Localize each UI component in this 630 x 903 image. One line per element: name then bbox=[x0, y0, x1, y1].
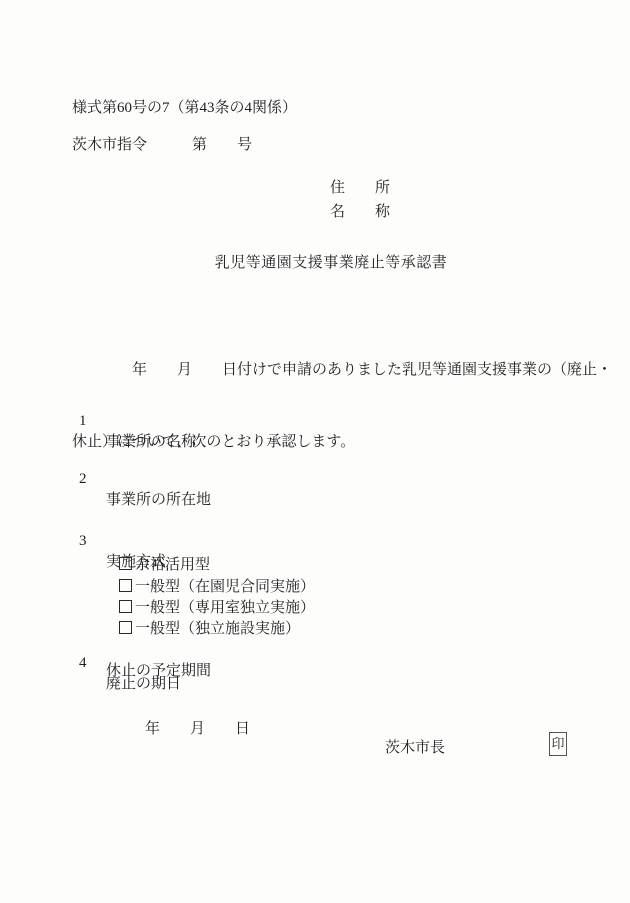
option-ippan-dokuritsu-label: 一般型（独立施設実施） bbox=[135, 621, 300, 637]
seal-box: 印 bbox=[549, 732, 567, 756]
item-4-number: 4 bbox=[79, 655, 87, 672]
item-2-label: 事業所の所在地 bbox=[106, 488, 211, 509]
document-title: 乳児等通園支援事業廃止等承認書 bbox=[16, 251, 630, 272]
body-line-1: 年 月 日付けで申請のありました乳児等通園支援事業の（廃止・ bbox=[72, 358, 592, 382]
item-3-number: 3 bbox=[79, 533, 87, 550]
recipient-address-label: 住 所 bbox=[330, 176, 390, 197]
approval-form-page: 様式第60号の7（第43条の4関係） 茨木市指令 第 号 住 所 名 称 乳児等… bbox=[0, 0, 630, 903]
mayor-signature-label: 茨木市長 bbox=[385, 736, 445, 757]
item-business-name: 1 事業所の名称 bbox=[0, 396, 630, 414]
item-implementation-type: 3 実施方式 bbox=[0, 516, 630, 534]
directive-number-line: 茨木市指令 第 号 bbox=[72, 133, 252, 154]
item-1-label: 事業所の名称 bbox=[106, 430, 196, 451]
item-1-number: 1 bbox=[79, 413, 87, 430]
footer-date-line: 年 月 日 bbox=[145, 717, 250, 738]
checkbox-ippan-dokuritsu[interactable] bbox=[119, 621, 132, 634]
item-2-number: 2 bbox=[79, 471, 87, 488]
item-abolition-date: 4 廃止の期日 bbox=[0, 638, 630, 656]
item-business-address: 2 事業所の所在地 bbox=[0, 454, 630, 472]
item-4-sublabel: 休止の予定期間 bbox=[106, 659, 211, 680]
recipient-name-label: 名 称 bbox=[330, 200, 390, 221]
form-number: 様式第60号の7（第43条の4関係） bbox=[72, 96, 297, 117]
seal-label: 印 bbox=[551, 736, 564, 751]
